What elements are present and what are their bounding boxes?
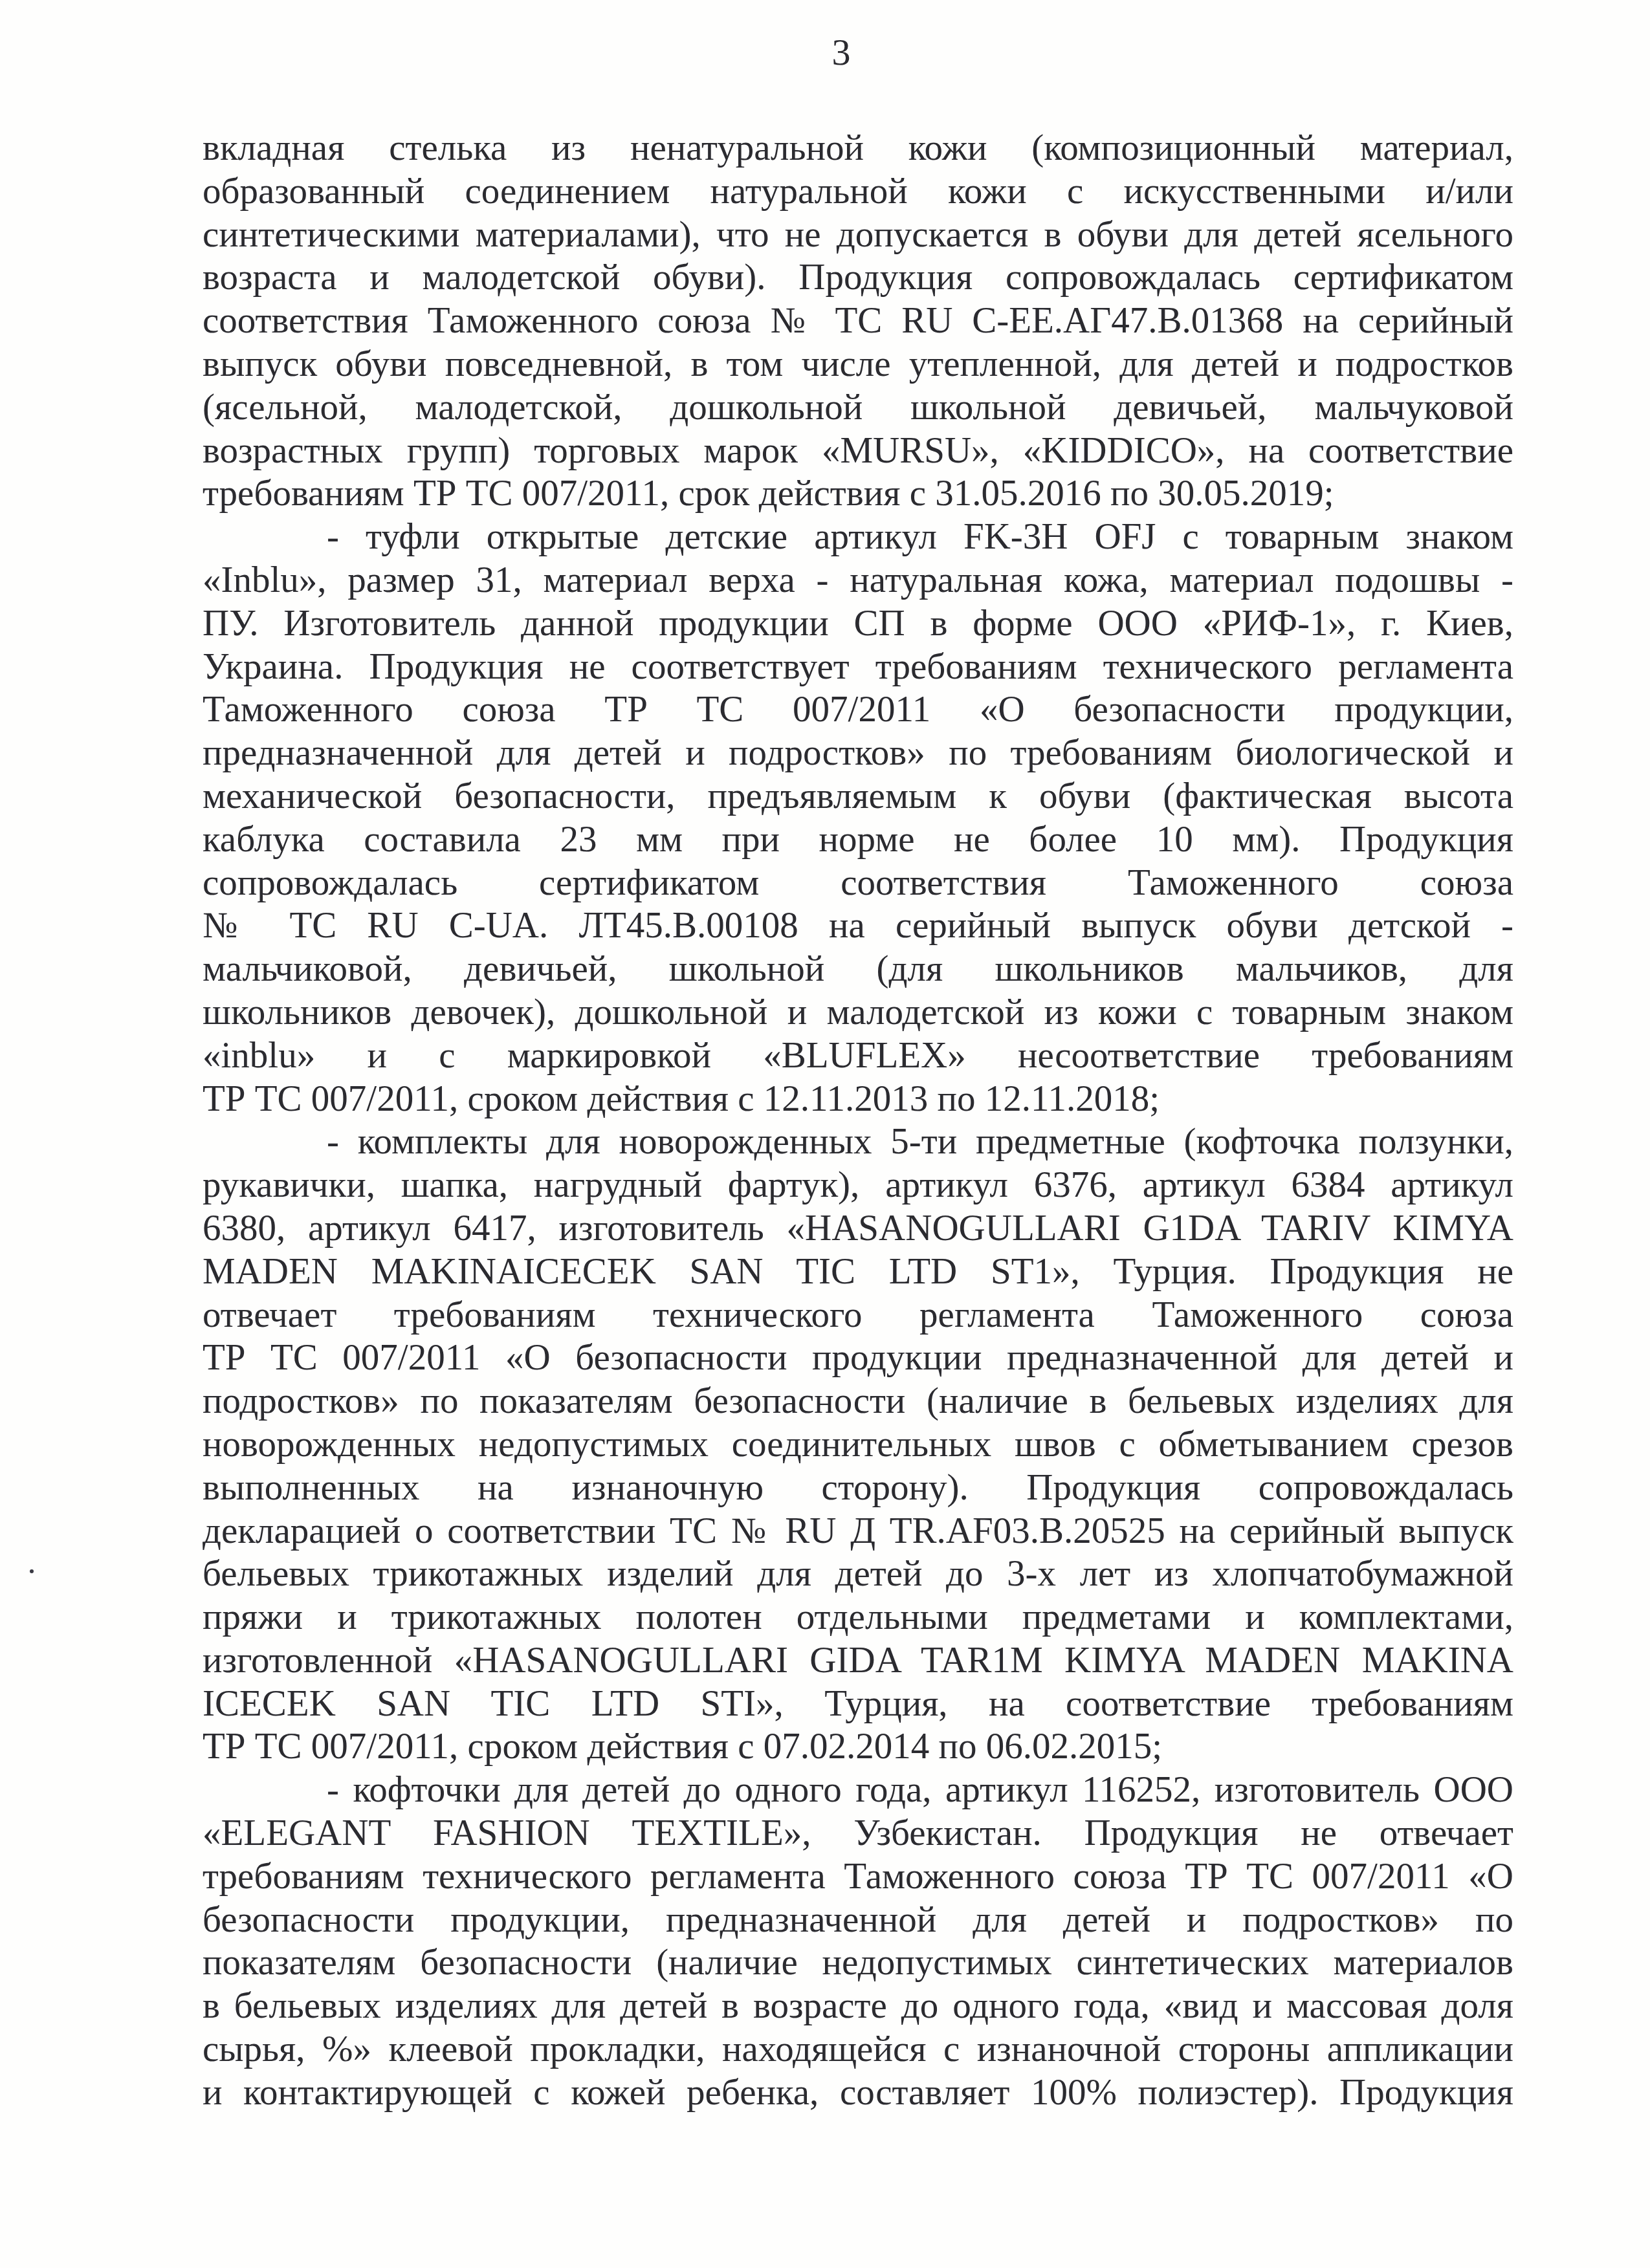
text-line: безопасности продукции, предназначенной … xyxy=(203,1899,1513,1942)
text-line: ТР ТС 007/2011, сроком действия с 07.02.… xyxy=(203,1725,1513,1769)
document-body: вкладная стелька из ненатуральной кожи (… xyxy=(203,127,1513,2115)
text-line: сопровождалась сертификатом соответствия… xyxy=(203,862,1513,905)
text-line: № ТС RU C-UA. ЛТ45.В.00108 на серийный в… xyxy=(203,904,1513,948)
scan-speck xyxy=(30,1569,34,1573)
paragraph: - туфли открытые детские артикул FK-3H O… xyxy=(203,516,1513,1120)
text-line: «inblu» и с маркировкой «BLUFLEX» несоот… xyxy=(203,1034,1513,1078)
paragraph: - кофточки для детей до одного года, арт… xyxy=(203,1769,1513,2114)
text-line: изготовленной «HASANOGULLARI GIDA TAR1M … xyxy=(203,1639,1513,1683)
text-line: ТР ТС 007/2011, сроком действия с 12.11.… xyxy=(203,1078,1513,1121)
text-line: ICECEK SAN TIC LTD STI», Турция, на соот… xyxy=(203,1683,1513,1726)
text-line: возрастных групп) торговых марок «MURSU»… xyxy=(203,430,1513,473)
text-line: Таможенного союза ТР ТС 007/2011 «О безо… xyxy=(203,688,1513,732)
text-line: образованный соединением натуральной кож… xyxy=(203,170,1513,213)
text-line: мальчиковой, девичьей, школьной (для шко… xyxy=(203,948,1513,991)
text-line: «Inblu», размер 31, материал верха - нат… xyxy=(203,559,1513,602)
text-line: - туфли открытые детские артикул FK-3H O… xyxy=(203,516,1513,559)
text-line: рукавички, шапка, нагрудный фартук), арт… xyxy=(203,1164,1513,1207)
text-line: (ясельной, малодетской, дошкольной школь… xyxy=(203,386,1513,430)
text-line: механической безопасности, предъявляемым… xyxy=(203,775,1513,818)
text-line: ТР ТС 007/2011 «О безопасности продукции… xyxy=(203,1336,1513,1380)
text-line: 6380, артикул 6417, изготовитель «HASANO… xyxy=(203,1207,1513,1250)
text-line: в бельевых изделиях для детей в возрасте… xyxy=(203,1985,1513,2028)
text-line: выполненных на изнаночную сторону). Прод… xyxy=(203,1467,1513,1510)
text-line: каблука составила 23 мм при норме не бол… xyxy=(203,818,1513,862)
text-line: новорожденных недопустимых соединительны… xyxy=(203,1423,1513,1467)
text-line: предназначенной для детей и подростков» … xyxy=(203,732,1513,775)
text-line: школьников девочек), дошкольной и малоде… xyxy=(203,991,1513,1034)
text-line: сырья, %» клеевой прокладки, находящейся… xyxy=(203,2028,1513,2071)
text-line: ПУ. Изготовитель данной продукции СП в ф… xyxy=(203,602,1513,646)
text-line: возраста и малодетской обуви). Продукция… xyxy=(203,256,1513,300)
text-line: показателям безопасности (наличие недопу… xyxy=(203,1941,1513,1985)
text-line: отвечает требованиям технического реглам… xyxy=(203,1294,1513,1337)
text-line: пряжи и трикотажных полотен отдельными п… xyxy=(203,1596,1513,1639)
paragraph: вкладная стелька из ненатуральной кожи (… xyxy=(203,127,1513,516)
text-line: - кофточки для детей до одного года, арт… xyxy=(203,1769,1513,1812)
text-line: - комплекты для новорожденных 5-ти предм… xyxy=(203,1120,1513,1164)
text-line: бельевых трикотажных изделий для детей д… xyxy=(203,1553,1513,1596)
text-line: Украина. Продукция не соответствует треб… xyxy=(203,646,1513,689)
page-number: 3 xyxy=(0,30,1650,75)
text-line: и контактирующей с кожей ребенка, состав… xyxy=(203,2071,1513,2115)
paragraph: - комплекты для новорожденных 5-ти предм… xyxy=(203,1120,1513,1769)
text-line: «ELEGANT FASHION TEXTILE», Узбекистан. П… xyxy=(203,1812,1513,1855)
text-line: синтетическими материалами), что не допу… xyxy=(203,213,1513,257)
text-line: MADEN MAKINAICECEK SAN TIC LTD ST1», Тур… xyxy=(203,1250,1513,1294)
text-line: требованиям технического регламента Тамо… xyxy=(203,1855,1513,1899)
text-line: декларацией о соответствии ТС № RU Д TR.… xyxy=(203,1510,1513,1553)
text-line: соответствия Таможенного союза № ТС RU С… xyxy=(203,300,1513,343)
text-line: подростков» по показателям безопасности … xyxy=(203,1380,1513,1423)
text-line: вкладная стелька из ненатуральной кожи (… xyxy=(203,127,1513,170)
text-line: выпуск обуви повседневной, в том числе у… xyxy=(203,343,1513,386)
text-line: требованиям ТР ТС 007/2011, срок действи… xyxy=(203,472,1513,516)
